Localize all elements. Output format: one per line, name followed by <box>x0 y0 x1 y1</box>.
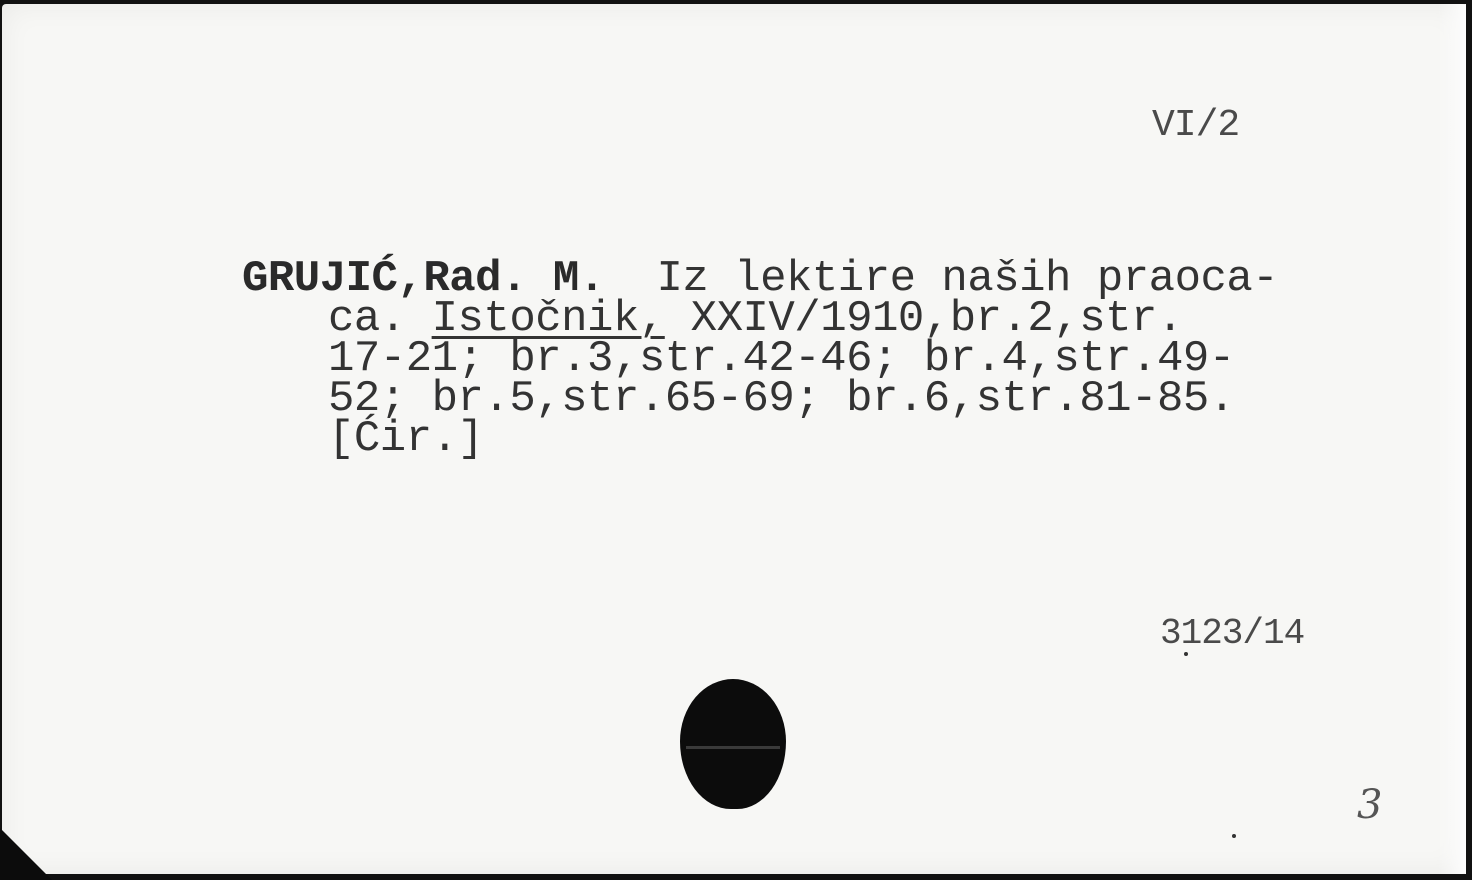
speck <box>1232 834 1236 838</box>
handwritten-number: 3 <box>1357 782 1382 828</box>
entry-script-note: [Ćir.] <box>242 419 1278 459</box>
call-number: 3123/14 <box>1160 616 1304 652</box>
entry-line-3: 17-21; br.3,str.42-46; br.4,str.49- <box>242 339 1278 379</box>
entry-line-1: GRUJIĆ,Rad. M. Iz lektire naših praoca- <box>242 259 1278 299</box>
shelf-mark: VI/2 <box>1152 107 1239 145</box>
card-edge <box>1438 4 1466 874</box>
bibliographic-entry: GRUJIĆ,Rad. M. Iz lektire naših praoca- … <box>242 259 1278 459</box>
speck <box>1184 652 1188 656</box>
catalog-card: VI/2 GRUJIĆ,Rad. M. Iz lektire naših pra… <box>2 4 1466 874</box>
punch-hole <box>680 679 786 809</box>
entry-line-4: 52; br.5,str.65-69; br.6,str.81-85. <box>242 379 1278 419</box>
card-corner-shadow <box>0 828 52 880</box>
entry-line-2: ca. Istočnik, XXIV/1910,br.2,str. <box>242 299 1278 339</box>
